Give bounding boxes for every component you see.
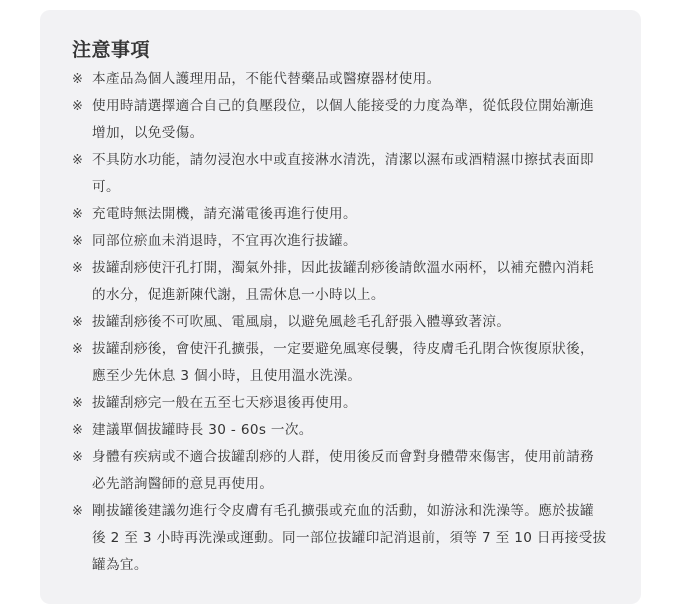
notice-item-text: 拔罐刮痧後，會使汗孔擴張，一定要避免風寒侵襲，待皮膚毛孔閉合恢復原狀後，應至少先… bbox=[92, 341, 594, 384]
notice-item-text: 本產品為個人護理用品，不能代替藥品或醫療器材使用。 bbox=[92, 71, 441, 87]
reference-mark-icon: ※ bbox=[72, 66, 83, 93]
notice-item: ※ 拔罐刮痧後不可吹風、電風扇，以避免風趁毛孔舒張入體導致著涼。 bbox=[72, 309, 607, 336]
reference-mark-icon: ※ bbox=[72, 93, 83, 120]
reference-mark-icon: ※ bbox=[72, 498, 83, 525]
notice-item: ※ 拔罐刮痧完一般在五至七天痧退後再使用。 bbox=[72, 390, 607, 417]
reference-mark-icon: ※ bbox=[72, 228, 83, 255]
notice-item-text: 使用時請選擇適合自己的負壓段位，以個人能接受的力度為準，從低段位開始漸進增加，以… bbox=[92, 98, 594, 141]
notice-item-text: 不具防水功能，請勿浸泡水中或直接淋水清洗，清潔以濕布或酒精濕巾擦拭表面即可。 bbox=[92, 152, 594, 195]
notice-item: ※ 本產品為個人護理用品，不能代替藥品或醫療器材使用。 bbox=[72, 66, 607, 93]
notice-item-text: 拔罐刮痧完一般在五至七天痧退後再使用。 bbox=[92, 395, 357, 411]
notice-item: ※ 使用時請選擇適合自己的負壓段位，以個人能接受的力度為準，從低段位開始漸進增加… bbox=[72, 93, 607, 147]
notice-item-text: 建議單個拔罐時長 30 - 60s 一次。 bbox=[92, 422, 313, 438]
notice-item: ※ 身體有疾病或不適合拔罐刮痧的人群，使用後反而會對身體帶來傷害，使用前請務必先… bbox=[72, 444, 607, 498]
notice-item: ※ 建議單個拔罐時長 30 - 60s 一次。 bbox=[72, 417, 607, 444]
notice-item-text: 身體有疾病或不適合拔罐刮痧的人群，使用後反而會對身體帶來傷害，使用前請務必先諮詢… bbox=[92, 449, 594, 492]
notice-item: ※ 不具防水功能，請勿浸泡水中或直接淋水清洗，清潔以濕布或酒精濕巾擦拭表面即可。 bbox=[72, 147, 607, 201]
notice-item-text: 拔罐刮痧使汗孔打開，濁氣外排，因此拔罐刮痧後請飲溫水兩杯，以補充體內消耗的水分，… bbox=[92, 260, 594, 303]
reference-mark-icon: ※ bbox=[72, 309, 83, 336]
notice-item: ※ 充電時無法開機，請充滿電後再進行使用。 bbox=[72, 201, 607, 228]
notice-list: ※ 本產品為個人護理用品，不能代替藥品或醫療器材使用。 ※ 使用時請選擇適合自己… bbox=[72, 66, 607, 579]
notice-item-text: 充電時無法開機，請充滿電後再進行使用。 bbox=[92, 206, 357, 222]
notice-item: ※ 同部位瘀血未消退時，不宜再次進行拔罐。 bbox=[72, 228, 607, 255]
reference-mark-icon: ※ bbox=[72, 390, 83, 417]
notice-item: ※ 剛拔罐後建議勿進行令皮膚有毛孔擴張或充血的活動，如游泳和洗澡等。應於拔罐後 … bbox=[72, 498, 607, 579]
reference-mark-icon: ※ bbox=[72, 444, 83, 471]
reference-mark-icon: ※ bbox=[72, 336, 83, 363]
notice-card: 注意事項 ※ 本產品為個人護理用品，不能代替藥品或醫療器材使用。 ※ 使用時請選… bbox=[40, 10, 641, 604]
reference-mark-icon: ※ bbox=[72, 255, 83, 282]
notice-item-text: 剛拔罐後建議勿進行令皮膚有毛孔擴張或充血的活動，如游泳和洗澡等。應於拔罐後 2 … bbox=[92, 503, 607, 573]
notice-item: ※ 拔罐刮痧後，會使汗孔擴張，一定要避免風寒侵襲，待皮膚毛孔閉合恢復原狀後，應至… bbox=[72, 336, 607, 390]
reference-mark-icon: ※ bbox=[72, 201, 83, 228]
notice-item-text: 拔罐刮痧後不可吹風、電風扇，以避免風趁毛孔舒張入體導致著涼。 bbox=[92, 314, 510, 330]
reference-mark-icon: ※ bbox=[72, 147, 83, 174]
notice-item-text: 同部位瘀血未消退時，不宜再次進行拔罐。 bbox=[92, 233, 357, 249]
notice-item: ※ 拔罐刮痧使汗孔打開，濁氣外排，因此拔罐刮痧後請飲溫水兩杯，以補充體內消耗的水… bbox=[72, 255, 607, 309]
reference-mark-icon: ※ bbox=[72, 417, 83, 444]
notice-title: 注意事項 bbox=[72, 38, 607, 62]
